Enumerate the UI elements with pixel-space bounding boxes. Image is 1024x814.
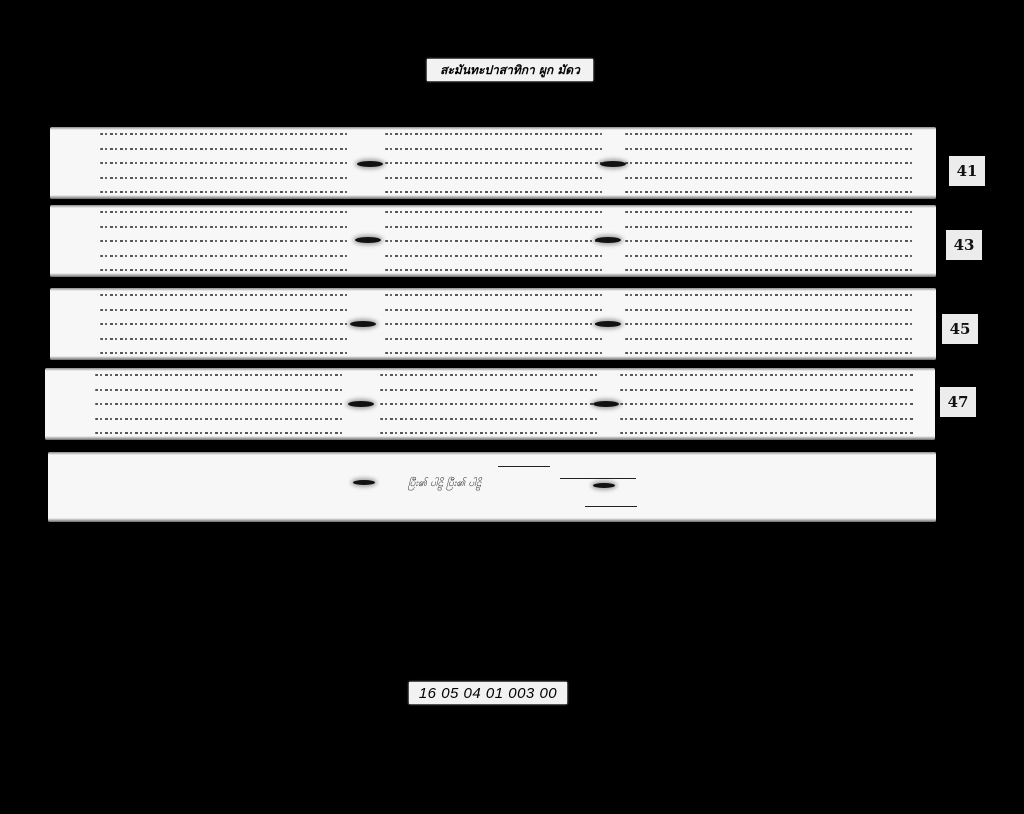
archive-id-label: 16 05 04 01 003 00 <box>409 682 567 704</box>
text-column-right <box>625 133 915 193</box>
manuscript-leaf-colophon: ပြီး၏ ပါဠိ ပြီး၏ ပါဠိ <box>48 452 936 522</box>
text-column-right <box>625 211 915 271</box>
decorative-rule <box>498 466 550 467</box>
string-hole-right <box>593 401 619 407</box>
text-column-left <box>95 374 345 434</box>
manuscript-leaf-43 <box>50 205 936 277</box>
decorative-rule <box>585 506 637 507</box>
decorative-rule <box>560 478 636 479</box>
page-number-label: 47 <box>940 387 976 417</box>
string-hole-right <box>595 321 621 327</box>
string-hole-left <box>348 401 374 407</box>
text-column-left <box>100 211 350 271</box>
page-number-label: 43 <box>946 230 982 260</box>
string-hole-left <box>353 480 375 485</box>
text-column-middle <box>385 294 605 354</box>
string-hole-left <box>355 237 381 243</box>
text-column-right <box>620 374 915 434</box>
manuscript-leaf-45 <box>50 288 936 360</box>
text-column-right <box>625 294 915 354</box>
text-column-left <box>100 133 350 193</box>
string-hole-left <box>350 321 376 327</box>
string-hole-right <box>600 161 626 167</box>
page-number-label: 41 <box>949 156 985 186</box>
string-hole-right <box>593 483 615 488</box>
text-column-middle <box>385 133 605 193</box>
manuscript-leaf-47 <box>45 368 935 440</box>
colophon-text: ပြီး၏ ပါဠိ ပြီး၏ ပါဠိ <box>408 476 481 491</box>
string-hole-right <box>595 237 621 243</box>
text-column-middle <box>385 211 605 271</box>
text-column-left <box>100 294 350 354</box>
text-column-middle <box>380 374 600 434</box>
string-hole-left <box>357 161 383 167</box>
manuscript-leaf-41 <box>50 127 936 199</box>
manuscript-title-label: สะมันทะปาสาทิกา ผูก มัดว <box>427 59 593 81</box>
page-number-label: 45 <box>942 314 978 344</box>
